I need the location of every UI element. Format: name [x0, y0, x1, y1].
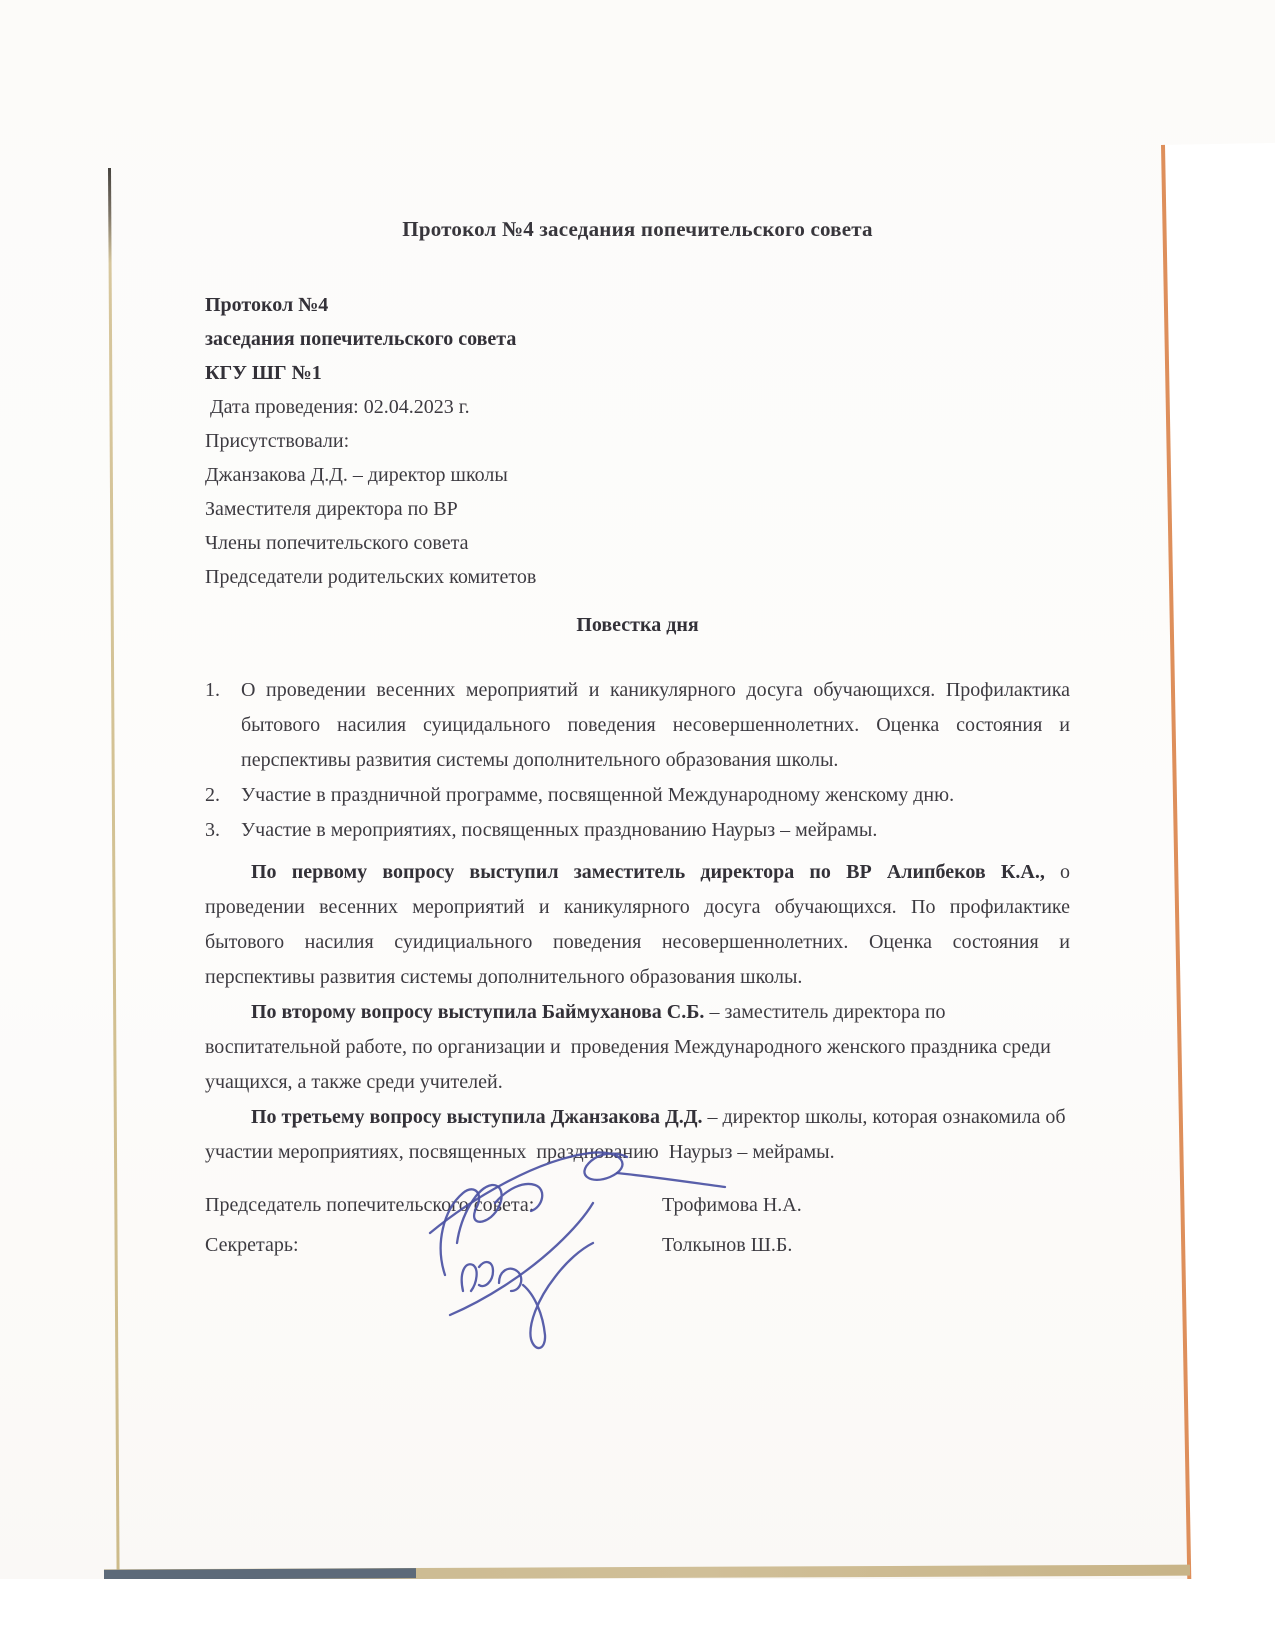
- paragraph-lead: По третьему вопросу выступила Джанзакова…: [251, 1106, 702, 1128]
- agenda-item: 2. Участие в праздничной программе, посв…: [205, 778, 1070, 813]
- header-line: КГУ ШГ №1: [205, 356, 1070, 390]
- header-line: Заместителя директора по ВР: [205, 492, 1070, 526]
- signature-block: Председатель попечительского совета: Тро…: [205, 1185, 1070, 1265]
- header-line: Члены попечительского совета: [205, 526, 1070, 560]
- signature-name: Толкынов Ш.Б.: [662, 1225, 1070, 1265]
- signature-name: Трофимова Н.А.: [662, 1185, 1070, 1225]
- agenda-item: 3. Участие в мероприятиях, посвященных п…: [205, 813, 1070, 848]
- header-line: Протокол №4: [205, 288, 1070, 322]
- agenda-item-number: 2.: [205, 778, 241, 813]
- agenda-item-number: 3.: [205, 813, 241, 848]
- header-line-date: Дата проведения: 02.04.2023 г.: [205, 390, 1070, 424]
- agenda-item-text: О проведении весенних мероприятий и кани…: [241, 673, 1070, 778]
- signature-label: Секретарь:: [205, 1225, 662, 1265]
- document-title: Протокол №4 заседания попечительского со…: [205, 212, 1070, 246]
- agenda-item-number: 1.: [205, 673, 241, 778]
- paragraph-first-question: По первому вопросу выступил заместитель …: [205, 855, 1070, 995]
- body-paragraphs: По первому вопросу выступил заместитель …: [205, 855, 1070, 1170]
- paragraph-second-question: По второму вопросу выступила Баймуханова…: [205, 995, 1070, 1100]
- header-line: Джанзакова Д.Д. – директор школы: [205, 458, 1070, 492]
- signature-row-secretary: Секретарь: Толкынов Ш.Б.: [205, 1225, 1070, 1265]
- header-line: Председатели родительских комитетов: [205, 560, 1070, 594]
- agenda-item-text: Участие в мероприятиях, посвященных праз…: [241, 813, 1070, 848]
- scanner-background: [0, 1579, 1275, 1650]
- agenda-heading: Повестка дня: [205, 608, 1070, 642]
- agenda-item-text: Участие в праздничной программе, посвяще…: [241, 778, 1070, 813]
- agenda-item: 1. О проведении весенних мероприятий и к…: [205, 673, 1070, 778]
- signature-label: Председатель попечительского совета:: [205, 1185, 662, 1225]
- protocol-document: Протокол №4 заседания попечительского со…: [205, 0, 1070, 1265]
- paragraph-third-question: По третьему вопросу выступила Джанзакова…: [205, 1100, 1070, 1170]
- header-line-attendees: Присутствовали:: [205, 424, 1070, 458]
- header-block: Протокол №4 заседания попечительского со…: [205, 288, 1070, 594]
- paragraph-lead: По первому вопросу выступил заместитель …: [251, 861, 1045, 883]
- signature-row-chairman: Председатель попечительского совета: Тро…: [205, 1185, 1070, 1225]
- agenda-list: 1. О проведении весенних мероприятий и к…: [205, 673, 1070, 848]
- header-line: заседания попечительского совета: [205, 322, 1070, 356]
- paragraph-lead: По второму вопросу выступила Баймуханова…: [251, 1001, 704, 1023]
